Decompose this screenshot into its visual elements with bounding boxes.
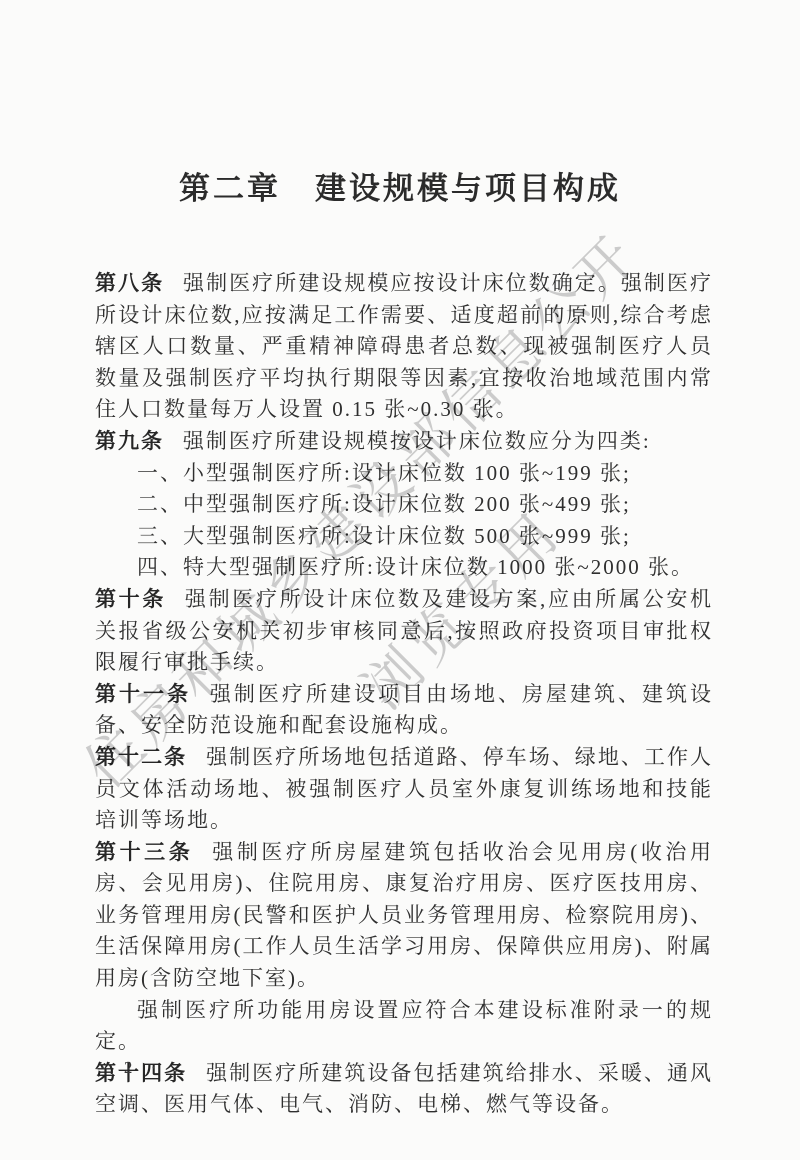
document-page: 第二章 建设规模与项目构成 第八条强制医疗所建设规模应按设计床位数确定。强制医疗…	[0, 0, 800, 1160]
paragraph-text: 二、中型强制医疗所:设计床位数 200 张~499 张;	[137, 492, 631, 516]
paragraph-text: 一、小型强制医疗所:设计床位数 100 张~199 张;	[137, 461, 631, 485]
page-number: · 2 ·	[100, 1058, 163, 1078]
paragraph: 第十二条强制医疗所场地包括道路、停车场、绿地、工作人员文体活动场地、被强制医疗人…	[95, 742, 713, 837]
paragraph: 四、特大型强制医疗所:设计床位数 1000 张~2000 张。	[95, 552, 713, 584]
paragraph-text: 强制医疗所建设规模按设计床位数应分为四类:	[183, 429, 651, 453]
paragraph-text: 强制医疗所建筑设备包括建筑给排水、采暖、通风空调、医用气体、电气、消防、电梯、燃…	[95, 1061, 713, 1117]
paragraph-text: 强制医疗所设计床位数及建设方案,应由所属公安机关报省级公安机关初步审核同意后,按…	[95, 587, 713, 674]
paragraph: 第八条强制医疗所建设规模应按设计床位数确定。强制医疗所设计床位数,应按满足工作需…	[95, 268, 713, 426]
article-number-label: 第十二条	[95, 746, 187, 769]
paragraph-text: 强制医疗所功能用房设置应符合本建设标准附录一的规定。	[95, 998, 713, 1054]
article-number-label: 第八条	[95, 272, 164, 295]
paragraph: 三、大型强制医疗所:设计床位数 500 张~999 张;	[95, 521, 713, 553]
paragraph-text: 强制医疗所场地包括道路、停车场、绿地、工作人员文体活动场地、被强制医疗人员室外康…	[95, 745, 713, 832]
paragraph: 第十三条强制医疗所房屋建筑包括收治会见用房(收治用房、会见用房)、住院用房、康复…	[95, 837, 713, 995]
article-number-label: 第十条	[95, 588, 166, 611]
article-content: 第八条强制医疗所建设规模应按设计床位数确定。强制医疗所设计床位数,应按满足工作需…	[95, 268, 713, 1121]
paragraph: 强制医疗所功能用房设置应符合本建设标准附录一的规定。	[95, 995, 713, 1058]
paragraph-text: 四、特大型强制医疗所:设计床位数 1000 张~2000 张。	[137, 555, 694, 579]
paragraph: 一、小型强制医疗所:设计床位数 100 张~199 张;	[95, 458, 713, 490]
article-number-label: 第九条	[95, 430, 164, 453]
paragraph-text: 强制医疗所建设规模应按设计床位数确定。强制医疗所设计床位数,应按满足工作需要、适…	[95, 271, 713, 421]
paragraph: 第十条强制医疗所设计床位数及建设方案,应由所属公安机关报省级公安机关初步审核同意…	[95, 584, 713, 679]
paragraph-text: 三、大型强制医疗所:设计床位数 500 张~999 张;	[137, 524, 631, 548]
paragraph: 第九条强制医疗所建设规模按设计床位数应分为四类:	[95, 426, 713, 458]
article-number-label: 第十一条	[95, 683, 191, 706]
paragraph: 第十四条强制医疗所建筑设备包括建筑给排水、采暖、通风空调、医用气体、电气、消防、…	[95, 1058, 713, 1121]
paragraph: 二、中型强制医疗所:设计床位数 200 张~499 张;	[95, 489, 713, 521]
paragraph: 第十一条强制医疗所建设项目由场地、房屋建筑、建筑设备、安全防范设施和配套设施构成…	[95, 679, 713, 742]
chapter-title: 第二章 建设规模与项目构成	[0, 163, 800, 208]
article-number-label: 第十三条	[95, 841, 193, 864]
